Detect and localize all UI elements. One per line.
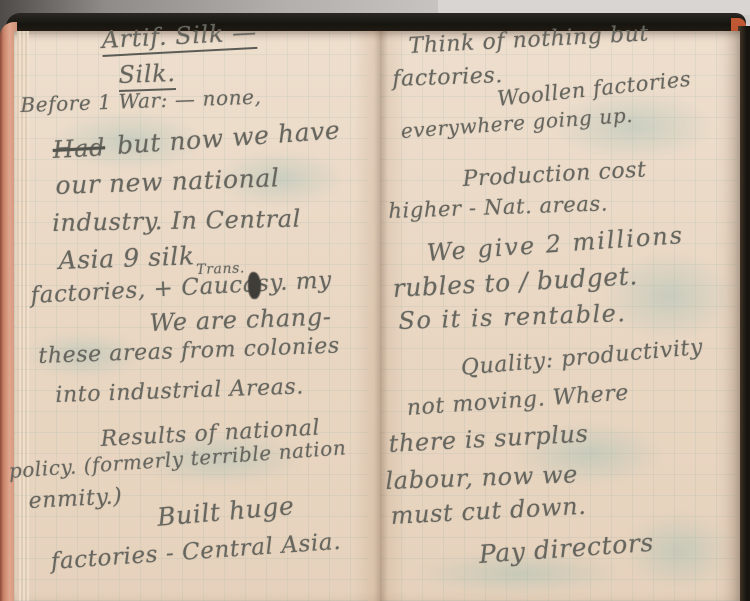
handwritten-line: factories. xyxy=(392,63,503,92)
handwritten-line: enmity.) xyxy=(28,484,123,514)
ink-scribble xyxy=(248,272,261,299)
handwritten-line: Asia 9 silk xyxy=(58,241,195,275)
handwritten-struck-word: Had xyxy=(52,133,106,164)
handwritten-line: industry. In Central xyxy=(52,205,301,237)
notebook-photo: Artif. Silk — Silk. Before 1 War: — none… xyxy=(0,0,750,601)
